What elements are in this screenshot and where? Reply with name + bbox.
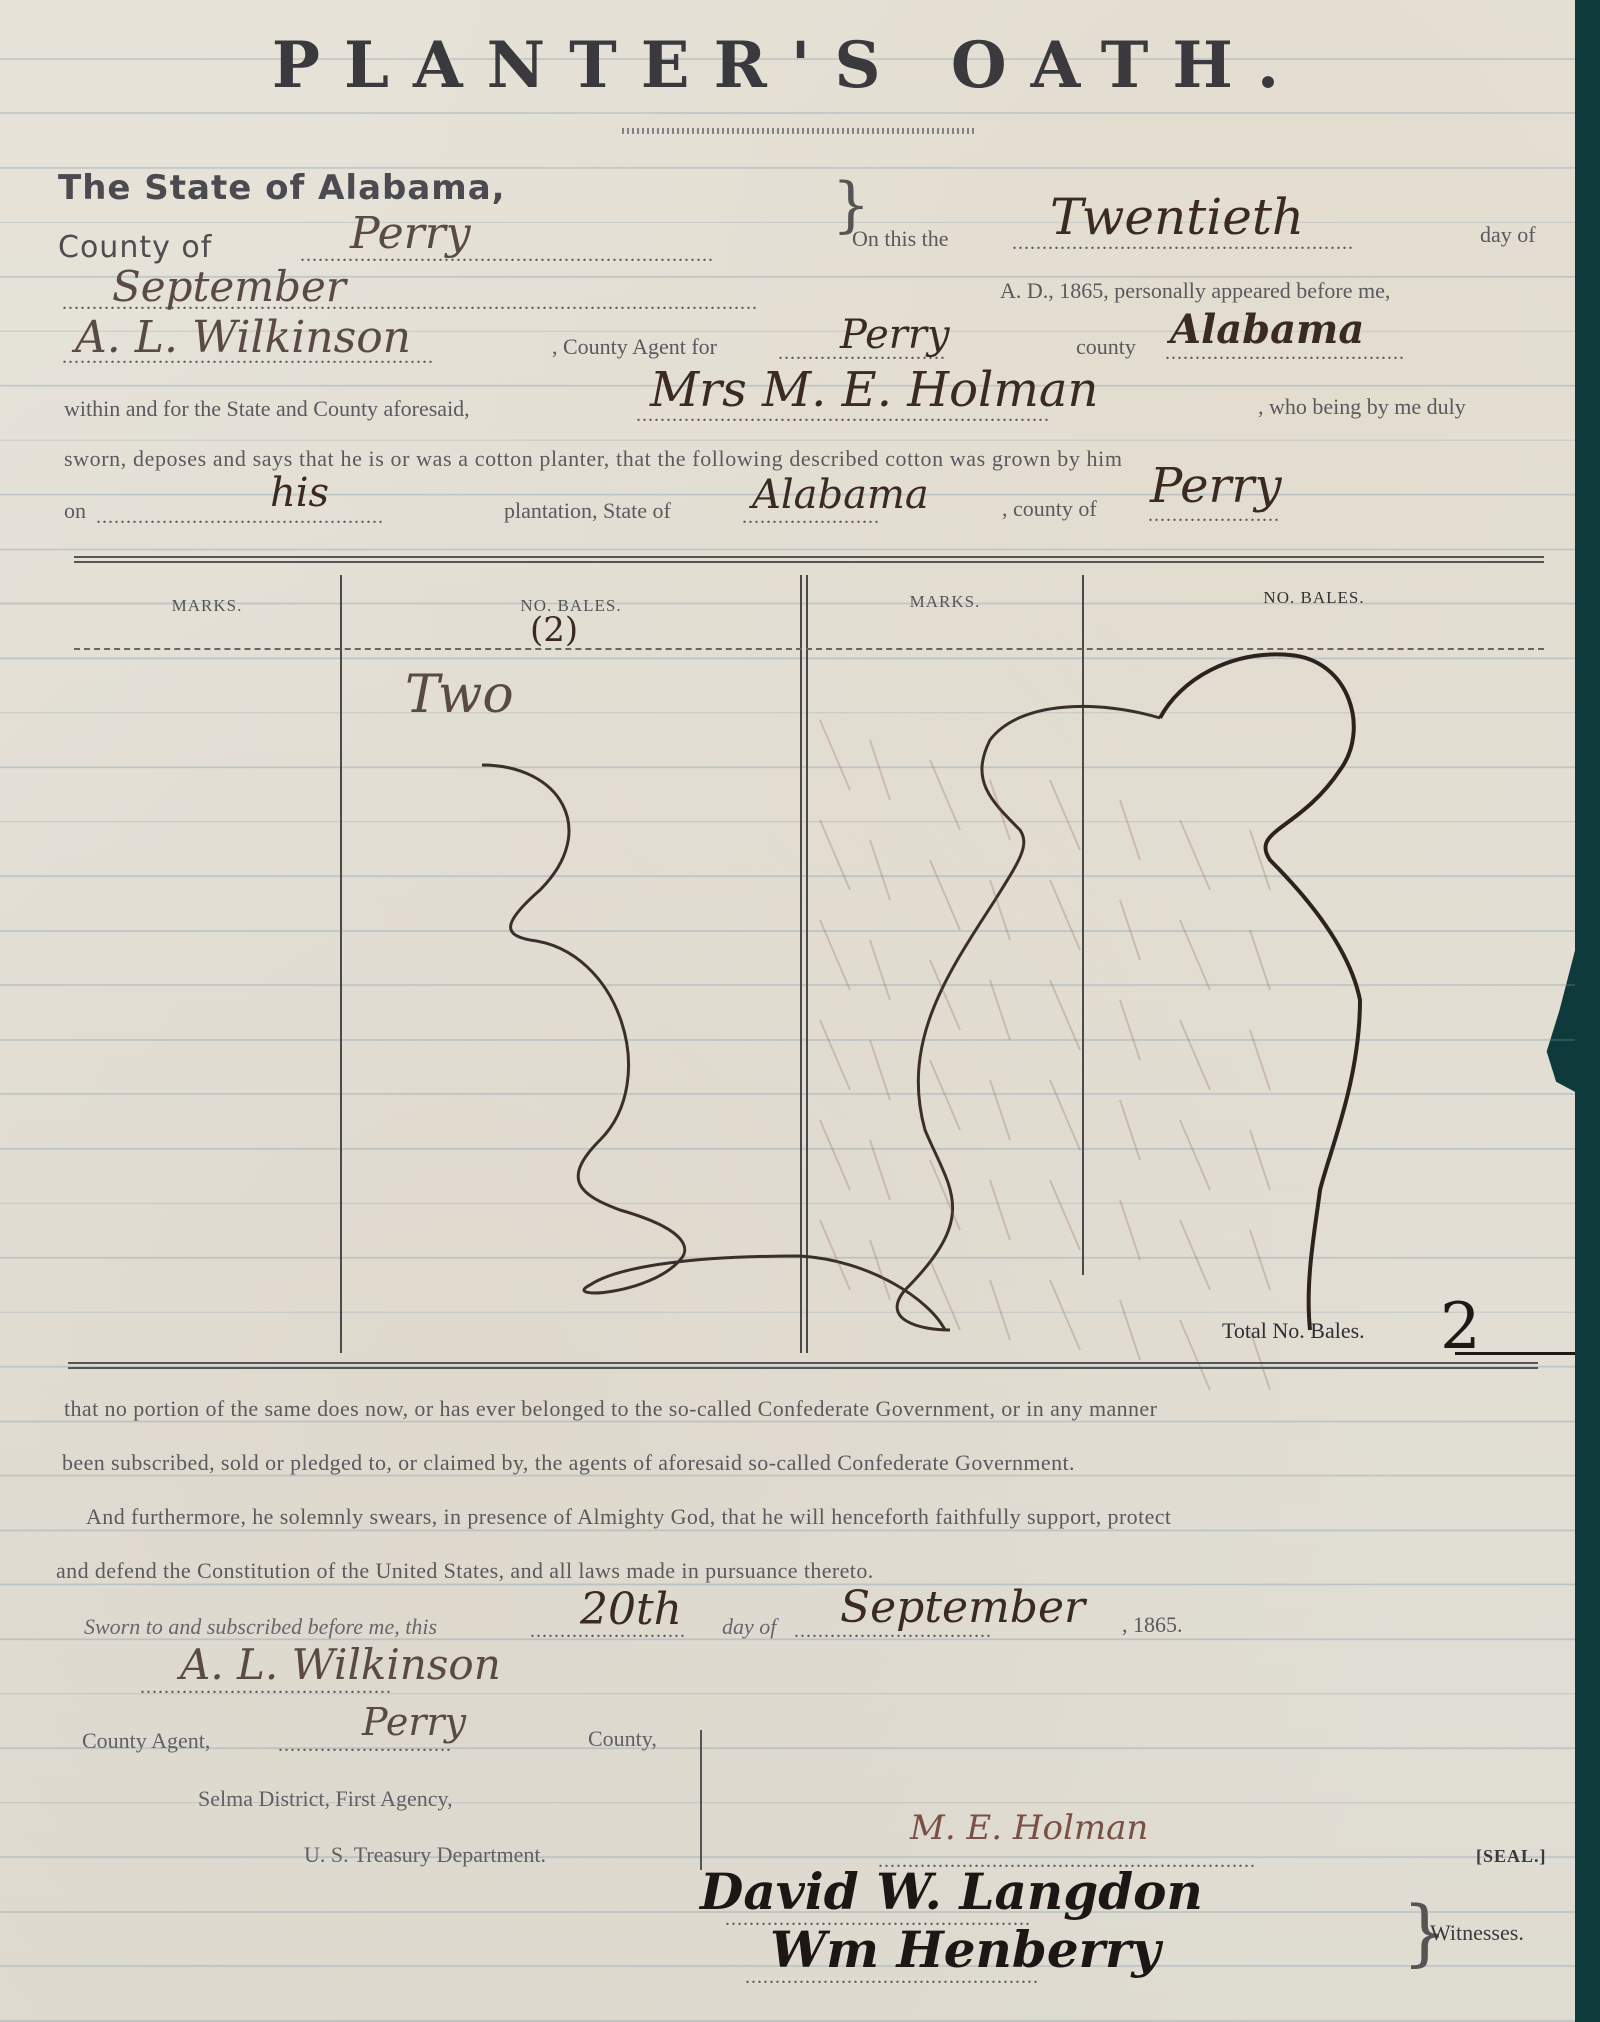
witness-1-signature: David W. Langdon bbox=[700, 1862, 1203, 1921]
county-suffix-label: County, bbox=[588, 1726, 657, 1752]
witness-2-signature: Wm Henberry bbox=[770, 1920, 1160, 1979]
table-bottom-rule bbox=[68, 1362, 1538, 1369]
sworn-day-of-label: day of bbox=[722, 1614, 776, 1640]
sworn-day-value: 20th bbox=[580, 1584, 682, 1635]
department-label: U. S. Treasury Department. bbox=[304, 1842, 546, 1868]
oath-line-1: that no portion of the same does now, or… bbox=[64, 1396, 1157, 1422]
sworn-year: , 1865. bbox=[1122, 1612, 1183, 1638]
county-agent-label: County Agent, bbox=[82, 1728, 210, 1754]
planter-signature: M. E. Holman bbox=[910, 1808, 1148, 1848]
bleed-through-writing bbox=[0, 0, 1600, 2022]
seal-label: [SEAL.] bbox=[1476, 1846, 1547, 1867]
total-bales-label: Total No. Bales. bbox=[1222, 1318, 1365, 1344]
sworn-before-label: Sworn to and subscribed before me, this bbox=[84, 1614, 437, 1640]
agent-signature: A. L. Wilkinson bbox=[180, 1640, 501, 1689]
sworn-month-value: September bbox=[840, 1582, 1085, 1633]
agent-block-county-value: Perry bbox=[362, 1700, 466, 1744]
oath-line-3: And furthermore, he solemnly swears, in … bbox=[86, 1504, 1171, 1530]
agent-block-bracket bbox=[700, 1730, 702, 1870]
witnesses-label: Witnesses. bbox=[1430, 1920, 1524, 1946]
district-label: Selma District, First Agency, bbox=[198, 1786, 453, 1812]
oath-line-2: been subscribed, sold or pledged to, or … bbox=[62, 1450, 1075, 1476]
oath-line-4: and defend the Constitution of the Unite… bbox=[56, 1558, 874, 1584]
total-underline bbox=[1455, 1352, 1575, 1355]
